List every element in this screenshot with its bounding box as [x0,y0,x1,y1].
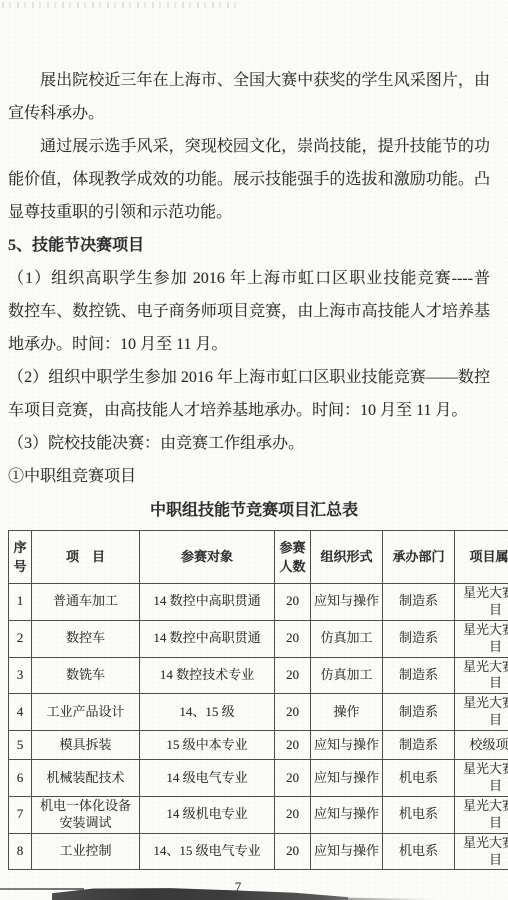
table-cell: 普通车加工 [32,584,140,621]
scanned-document: { "document": { "lines": [ { "text": "展出… [0,0,508,900]
table-cell: 20 [275,620,311,657]
table-row: 8工业控制14、15 级电气专业20应知与操作机电系星光大赛项目 [9,833,508,870]
table-cell: 20 [275,796,311,833]
table-cell: 14 数控技术专业 [140,657,275,694]
table-title: 中职组技能节竞赛项目汇总表 [8,493,500,529]
table-header-cell: 项 目 [32,531,140,584]
table-cell: 14 级电气专业 [140,760,275,797]
table-cell: 应知与操作 [311,760,383,797]
text-line: （2）组织中职学生参加 2016 年上海市虹口区职业技能竞赛——数控 [8,361,490,394]
table-cell: 应知与操作 [311,796,383,833]
table-cell: 制造系 [383,731,455,760]
table-cell: 机电系 [383,796,455,833]
table-cell: 应知与操作 [311,731,383,760]
table-row: 5模具拆装15 级中本专业20应知与操作制造系校级项目 [9,731,508,760]
table-cell: 星光大赛项目 [455,833,508,870]
table-cell: 14、15 级电气专业 [140,833,275,870]
table-cell: 8 [9,833,32,870]
text-line: 展出院校近三年在上海市、全国大赛中获奖的学生风采图片，由 [8,64,490,97]
table-cell: 仿真加工 [311,657,383,694]
table-cell: 20 [275,657,311,694]
table-cell: 20 [275,760,311,797]
table-cell: 20 [275,694,311,731]
table-cell: 1 [9,584,32,621]
table-header-cell: 组织形式 [311,531,383,584]
table-cell: 校级项目 [455,731,508,760]
text-line: 车项目竞赛，由高技能人才培养基地承办。时间：10 月至 11 月。 [8,394,490,427]
table-header-cell: 序号 [9,531,32,584]
table-cell: 6 [9,760,32,797]
table-cell: 数控车 [32,620,140,657]
table-cell: 机电一体化设备安装调试 [32,796,140,833]
scan-artifact-bottom-tail [340,896,435,900]
competition-summary-table: 序号项 目参赛对象参赛人数组织形式承办部门项目属性 1普通车加工14 数控中高职… [8,530,508,870]
table-cell: 3 [9,657,32,694]
table-cell: 20 [275,731,311,760]
table-cell: 星光大赛项目 [455,694,508,731]
table-header-cell: 项目属性 [455,531,508,584]
table-cell: 14 数控中高职贯通 [140,620,275,657]
text-line: 通过展示选手风采，突现校园文化，崇尚技能，提升技能节的功 [8,130,490,163]
table-cell: 7 [9,796,32,833]
text-line: 能价值，体现教学成效的功能。展示技能强手的选拔和激励功能。凸 [8,163,490,196]
table-header-cell: 参赛对象 [140,531,275,584]
table-row: 3数铣车14 数控技术专业20仿真加工制造系星光大赛项目 [9,657,508,694]
table-cell: 仿真加工 [311,620,383,657]
text-line: （1）组织高职学生参加 2016 年上海市虹口区职业技能竞赛----普车、 [8,262,490,295]
table-cell: 数铣车 [32,657,140,694]
text-line: 地承办。时间：10 月至 11 月。 [8,328,490,361]
scan-artifact-bottom-line [0,888,84,890]
table-cell: 制造系 [383,694,455,731]
table-cell: 工业控制 [32,833,140,870]
table-cell: 5 [9,731,32,760]
scan-noise-top [2,2,237,8]
table-cell: 14 数控中高职贯通 [140,584,275,621]
table-cell: 应知与操作 [311,584,383,621]
table-cell: 14 级机电专业 [140,796,275,833]
table-cell: 机械装配技术 [32,760,140,797]
table-row: 7机电一体化设备安装调试14 级机电专业20应知与操作机电系星光大赛项目 [9,796,508,833]
table-cell: 制造系 [383,620,455,657]
table-cell: 操作 [311,694,383,731]
text-line: ①中职组竞赛项目 [8,460,490,493]
table-cell: 20 [275,833,311,870]
table-cell: 制造系 [383,584,455,621]
table-cell: 星光大赛项目 [455,620,508,657]
table-row: 2数控车14 数控中高职贯通20仿真加工制造系星光大赛项目 [9,620,508,657]
text-line: （3）院校技能决赛：由竞赛工作组承办。 [8,427,490,460]
table-cell: 14、15 级 [140,694,275,731]
document-page: 展出院校近三年在上海市、全国大赛中获奖的学生风采图片，由宣传科承办。通过展示选手… [8,64,490,895]
table-cell: 机电系 [383,760,455,797]
text-line: 显尊技重职的引领和示范功能。 [8,196,490,229]
table-cell: 星光大赛项目 [455,796,508,833]
body-text: 展出院校近三年在上海市、全国大赛中获奖的学生风采图片，由宣传科承办。通过展示选手… [8,64,490,493]
table-cell: 星光大赛项目 [455,584,508,621]
table-cell: 20 [275,584,311,621]
table-cell: 机电系 [383,833,455,870]
table-header-cell: 承办部门 [383,531,455,584]
table-cell: 工业产品设计 [32,694,140,731]
table-cell: 星光大赛项目 [455,657,508,694]
table-cell: 应知与操作 [311,833,383,870]
table-header-cell: 参赛人数 [275,531,311,584]
table-cell: 星光大赛项目 [455,760,508,797]
table-cell: 4 [9,694,32,731]
table-cell: 制造系 [383,657,455,694]
text-line: 宣传科承办。 [8,97,490,130]
text-line: 数控车、数控铣、电子商务师项目竞赛，由上海市高技能人才培养基 [8,295,490,328]
table-cell: 模具拆装 [32,731,140,760]
table-header-row: 序号项 目参赛对象参赛人数组织形式承办部门项目属性 [9,531,508,584]
section-heading: 5、技能节决赛项目 [8,229,490,262]
table-cell: 15 级中本专业 [140,731,275,760]
table-row: 6机械装配技术14 级电气专业20应知与操作机电系星光大赛项目 [9,760,508,797]
table-row: 4工业产品设计14、15 级20操作制造系星光大赛项目 [9,694,508,731]
table-cell: 2 [9,620,32,657]
table-row: 1普通车加工14 数控中高职贯通20应知与操作制造系星光大赛项目 [9,584,508,621]
